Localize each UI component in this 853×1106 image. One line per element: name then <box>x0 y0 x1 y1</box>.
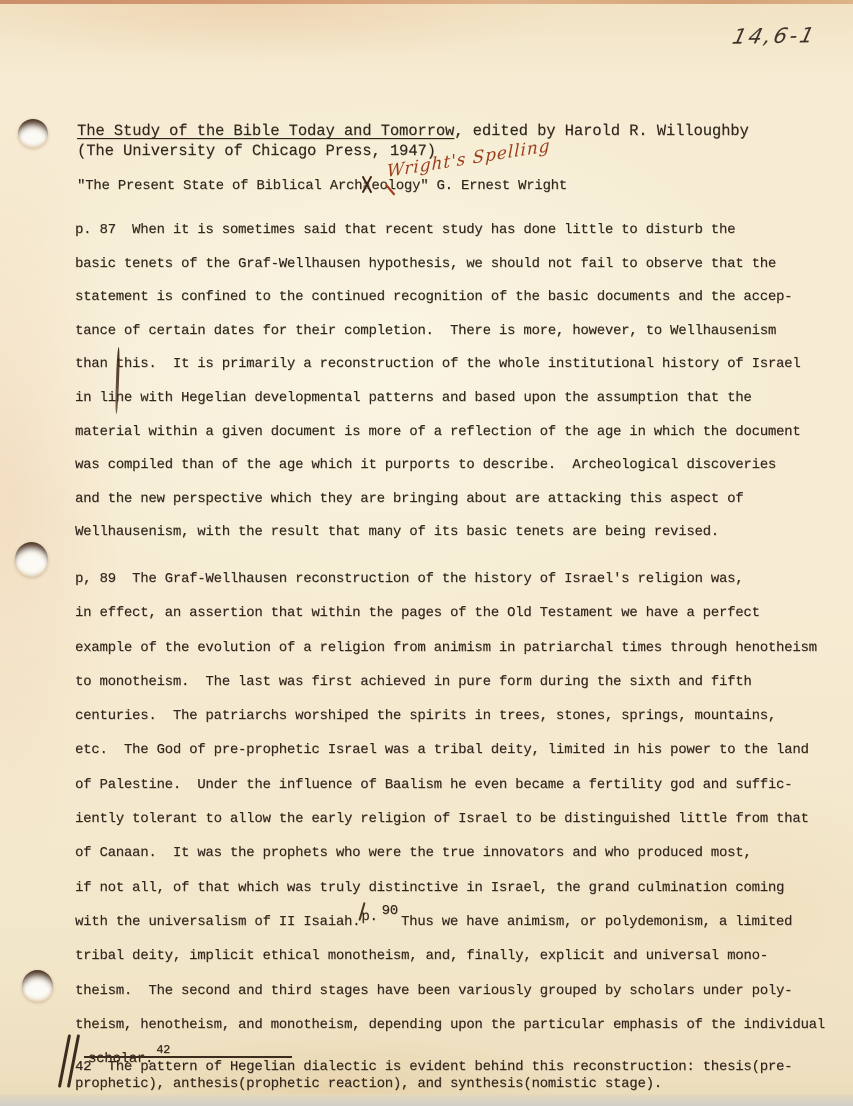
punch-hole-top <box>18 119 48 148</box>
typed-line: etc. The God of pre-prophetic Israel was… <box>75 733 825 767</box>
typed-line: in line with Hegelian developmental patt… <box>75 382 800 416</box>
footnote-block: 42 The pattern of Hegelian dialectic is … <box>75 1059 792 1092</box>
handwritten-x-icon <box>361 175 372 193</box>
typed-line: of Palestine. Under the influence of Baa… <box>75 768 825 802</box>
typed-line: centuries. The patriarchs worshiped the … <box>75 699 825 733</box>
typed-line: p, 89 The Graf-Wellhausen reconstruction… <box>75 562 825 596</box>
punch-hole-bottom <box>22 970 53 1002</box>
typed-line: statement is confined to the continued r… <box>75 281 800 315</box>
typed-line: than this. It is primarily a reconstruct… <box>75 348 800 382</box>
typed-line: prophetic), anthesis(prophetic reaction)… <box>75 1076 792 1093</box>
paragraph-p87: p. 87 When it is sometimes said that rec… <box>75 214 800 550</box>
typed-line: theism, henotheism, and monotheism, depe… <box>75 1008 825 1042</box>
typed-line: was compiled than of the age which it pu… <box>75 449 800 483</box>
book-title: The Study of the Bible Today and Tomorro… <box>77 122 454 140</box>
paragraph-p89: p, 89 The Graf-Wellhausen reconstruction… <box>75 562 825 1076</box>
scanner-background-strip <box>0 1094 853 1106</box>
typed-line: theism. The second and third stages have… <box>75 974 825 1008</box>
article-title-pre: "The Present State of Biblical Arch <box>77 178 362 194</box>
typed-line: iently tolerant to allow the early relig… <box>75 802 825 836</box>
typed-page-ref-insert: p.90 <box>360 905 401 939</box>
typed-line: tribal deity, implicit ethical monotheis… <box>75 939 825 973</box>
scanned-document-page: 14,6-1 The Study of the Bible Today and … <box>0 0 853 1106</box>
handwritten-page-number: 14,6-1 <box>730 23 819 48</box>
page-top-edge <box>0 0 853 4</box>
typed-line: p. 87 When it is sometimes said that rec… <box>75 214 800 248</box>
typed-line: tance of certain dates for their complet… <box>75 315 800 349</box>
punch-hole-middle <box>15 542 48 577</box>
book-title-line: The Study of the Bible Today and Tomorro… <box>77 122 749 142</box>
typed-line: of Canaan. It was the prophets who were … <box>75 836 825 870</box>
typed-line: if not all, of that which was truly dist… <box>75 871 825 905</box>
footnote-separator-line <box>84 1056 292 1058</box>
typed-line: material within a given document is more… <box>75 416 800 450</box>
article-title-post: eology" G. Ernest Wright <box>371 178 567 194</box>
typed-line: 42 The pattern of Hegelian dialectic is … <box>75 1059 792 1076</box>
book-title-editor: , edited by Harold R. Willoughby <box>454 122 748 140</box>
typed-line: with the universalism of II Isaiah.p.90T… <box>75 905 825 939</box>
typed-line: and the new perspective which they are b… <box>75 483 800 517</box>
typed-line: in effect, an assertion that within the … <box>75 596 825 630</box>
typed-line: example of the evolution of a religion f… <box>75 631 825 665</box>
article-title-line: "The Present State of Biblical Archaeolo… <box>77 177 749 197</box>
typed-line: to monotheism. The last was first achiev… <box>75 665 825 699</box>
typed-line: basic tenets of the Graf-Wellhausen hypo… <box>75 248 800 282</box>
crossed-out-letter: a <box>362 177 371 197</box>
typed-line: Wellhausenism, with the result that many… <box>75 516 800 550</box>
